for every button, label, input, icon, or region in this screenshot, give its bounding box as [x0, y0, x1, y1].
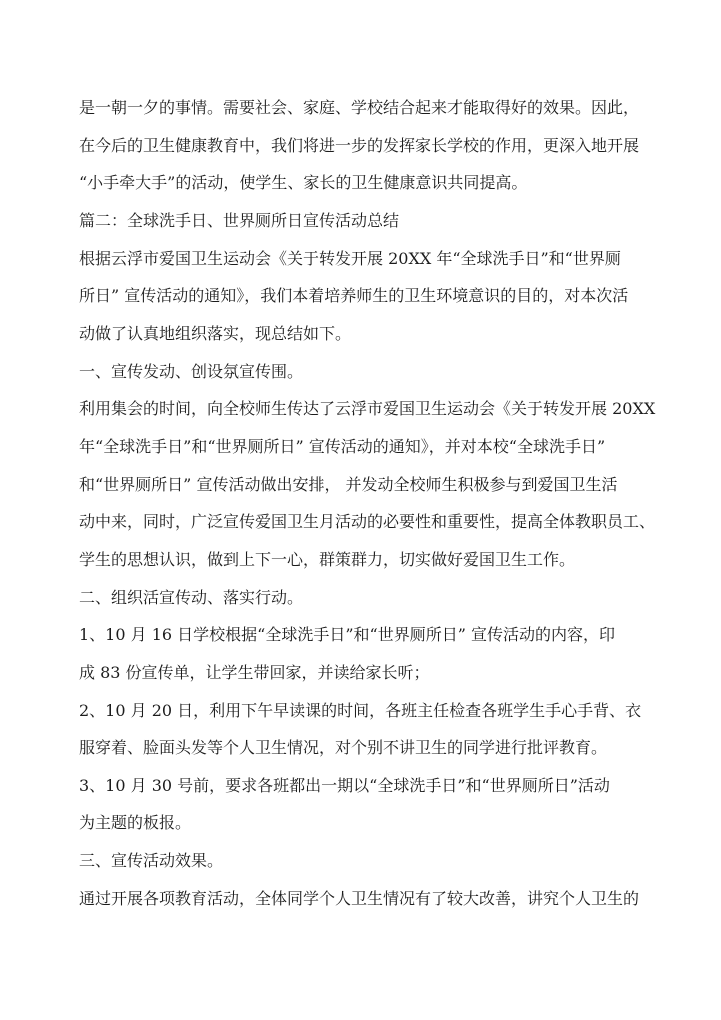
text-line: 三、宣传活动效果。 — [79, 842, 651, 880]
document-body: 是一朝一夕的事情。需要社会、家庭、学校结合起来才能取得好的效果。因此，在今后的卫… — [79, 89, 651, 917]
text-line: 3、10 月 30 号前，要求各班都出一期以“全球洗手日”和“世界厕所日”活动 — [79, 767, 651, 805]
text-line: 二、组织活宣传动、落实行动。 — [79, 579, 651, 617]
text-line: 2、10 月 20 日，利用下午早读课的时间，各班主任检查各班学生手心手背、衣 — [79, 692, 651, 730]
text-line: 利用集会的时间，向全校师生传达了云浮市爱国卫生运动会《关于转发开展 20XX — [79, 390, 651, 428]
text-line: 成 83 份宣传单，让学生带回家，并读给家长听； — [79, 654, 651, 692]
text-line: 根据云浮市爱国卫生运动会《关于转发开展 20XX 年“全球洗手日”和“世界厕 — [79, 240, 651, 278]
text-line: 是一朝一夕的事情。需要社会、家庭、学校结合起来才能取得好的效果。因此， — [79, 89, 651, 127]
text-line: 1、10 月 16 日学校根据“全球洗手日”和“世界厕所日” 宣传活动的内容，印 — [79, 616, 651, 654]
text-line: 通过开展各项教育活动，全体同学个人卫生情况有了较大改善，讲究个人卫生的 — [79, 880, 651, 918]
text-line: 篇二：全球洗手日、世界厕所日宣传活动总结 — [79, 202, 651, 240]
text-line: 所日” 宣传活动的通知》，我们本着培养师生的卫生环境意识的目的，对本次活 — [79, 277, 651, 315]
text-line: 学生的思想认识，做到上下一心，群策群力，切实做好爱国卫生工作。 — [79, 541, 651, 579]
text-line: 和“世界厕所日” 宣传活动做出安排， 并发动全校师生积极参与到爱国卫生活 — [79, 466, 651, 504]
text-line: 年“全球洗手日”和“世界厕所日” 宣传活动的通知》，并对本校“全球洗手日” — [79, 428, 651, 466]
text-line: 服穿着、脸面头发等个人卫生情况，对个别不讲卫生的同学进行批评教育。 — [79, 729, 651, 767]
text-line: 一、宣传发动、创设氛宣传围。 — [79, 353, 651, 391]
text-line: 为主题的板报。 — [79, 804, 651, 842]
document-page: 是一朝一夕的事情。需要社会、家庭、学校结合起来才能取得好的效果。因此，在今后的卫… — [0, 0, 721, 1020]
text-line: 动做了认真地组织落实，现总结如下。 — [79, 315, 651, 353]
text-line: “小手牵大手”的活动，使学生、家长的卫生健康意识共同提高。 — [79, 164, 651, 202]
text-line: 在今后的卫生健康教育中，我们将进一步的发挥家长学校的作用，更深入地开展 — [79, 127, 651, 165]
text-line: 动中来，同时，广泛宣传爱国卫生月活动的必要性和重要性，提高全体教职员工、 — [79, 503, 651, 541]
